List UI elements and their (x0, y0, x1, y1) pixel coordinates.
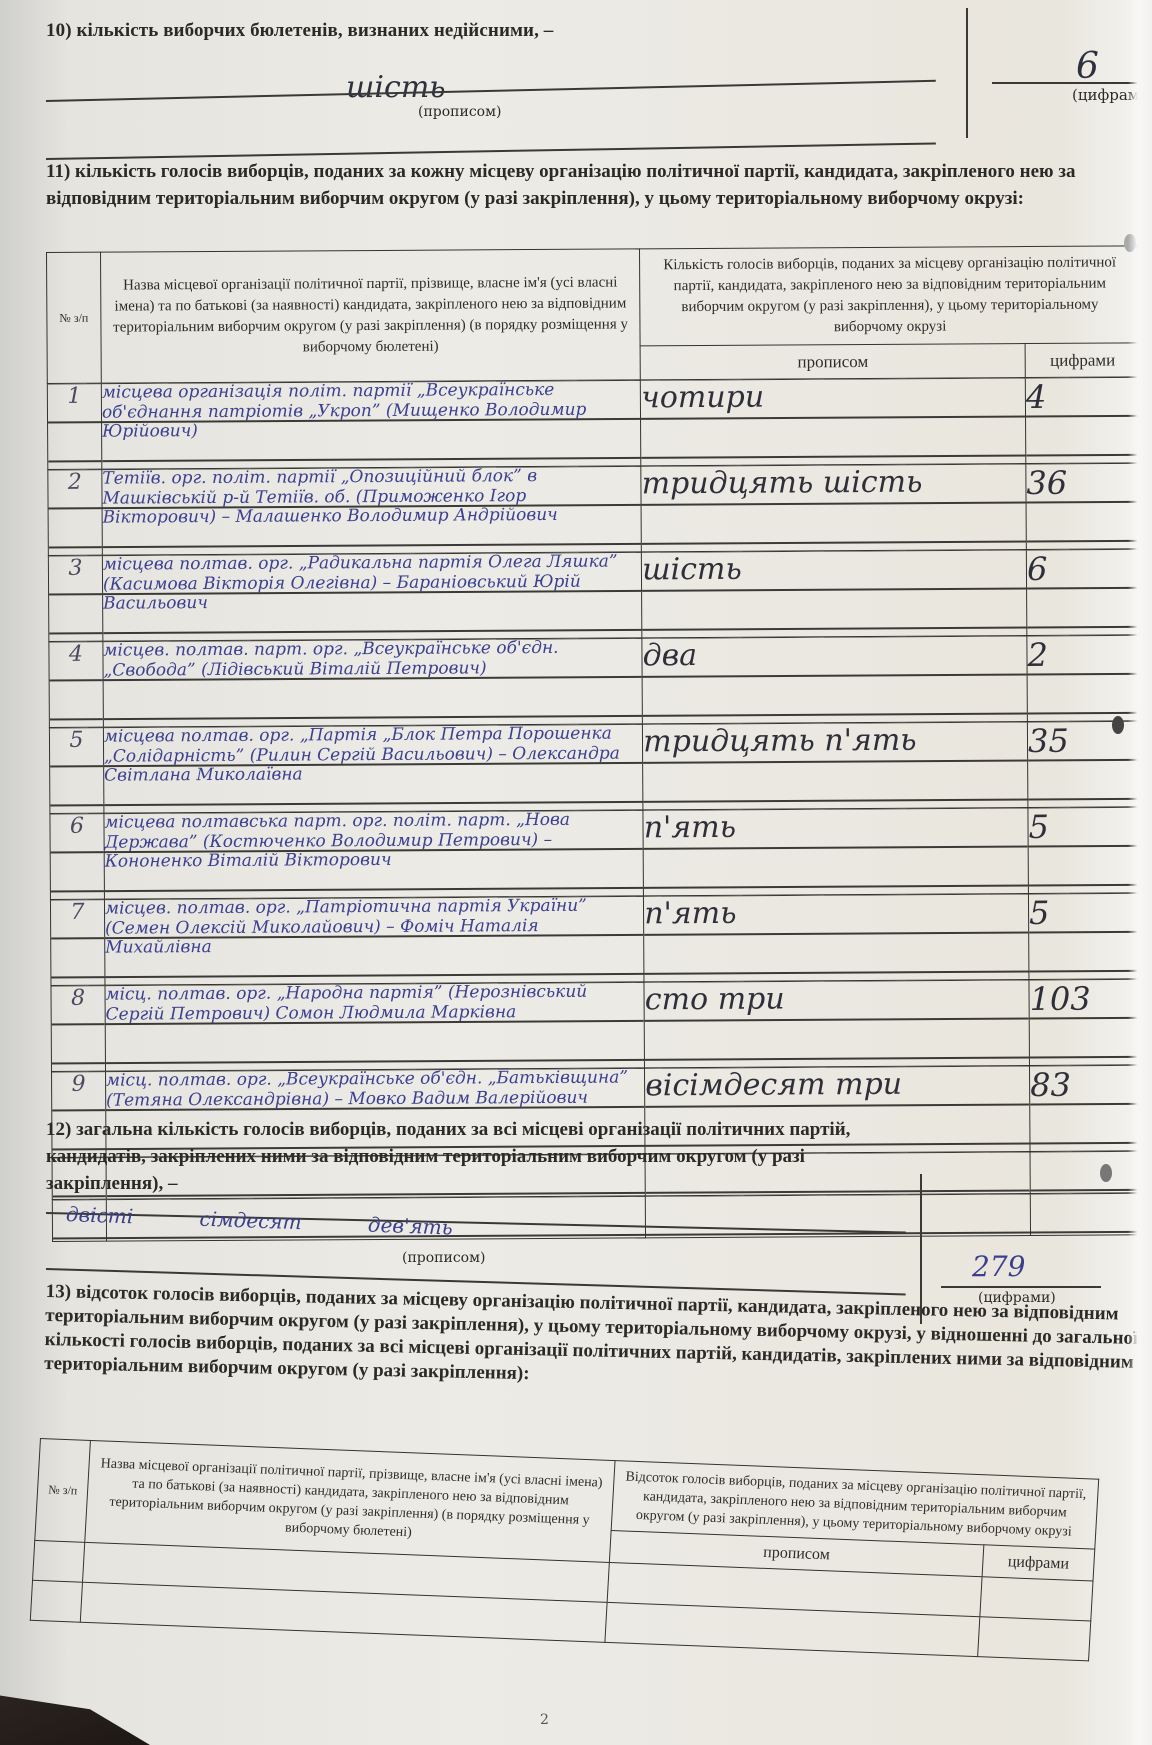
words-underline (46, 80, 936, 102)
row-number: 4 (49, 641, 103, 727)
section-12-total-votes: 12) загальна кількість голосів виборців,… (46, 1116, 1152, 1306)
hand-shadow (0, 1690, 150, 1745)
row-number: 2 (48, 469, 102, 555)
section-12-value-words: двісті сімдесят дев'ять (66, 1202, 453, 1239)
row-party-candidate: місцев. полтав. парт. орг. „Всеукраїнськ… (103, 638, 643, 727)
row-votes-digits: 35 (1027, 721, 1142, 808)
header-name: Назва місцевої організації політичної па… (100, 249, 640, 383)
votes-table: № з/п Назва місцевої організації політич… (46, 245, 1146, 1242)
row-number: 3 (48, 555, 102, 641)
ink-dot (1112, 716, 1124, 734)
table-row: 4місцев. полтав. парт. орг. „Всеукраїнсь… (49, 635, 1143, 728)
page-hole-mark (1100, 1164, 1112, 1182)
section-10-value-words: шість (346, 70, 446, 105)
page-number: 2 (540, 1712, 549, 1728)
section-10-invalid-ballots: 10) кількість виборчих бюлетенів, визнан… (46, 18, 1146, 138)
row-party-candidate: місцева полтав. орг. „Партія „Блок Петра… (103, 724, 643, 813)
row-votes-words: тридцять шість (641, 464, 1026, 552)
section-10-title: 10) кількість виборчих бюлетенів, визнан… (46, 20, 553, 42)
page-edge (1128, 0, 1152, 1745)
row-votes-digits: 5 (1028, 807, 1143, 894)
row-number: 1 (47, 383, 101, 469)
row-votes-words: сто три (644, 980, 1029, 1068)
table-row: 7місцев. полтав. орг. „Патріотична парті… (50, 893, 1144, 986)
row-votes-digits: 6 (1026, 549, 1141, 636)
table-row: 1місцева організація політ. партії „Всеу… (47, 377, 1141, 470)
table-row: 6місцева полтавська парт. орг. політ. па… (50, 807, 1144, 900)
row-number: 6 (50, 813, 104, 899)
table-row: 2Тетіїв. орг. політ. партії „Опозиційний… (48, 463, 1142, 556)
row-votes-words: два (642, 636, 1027, 724)
section-12-value-digits: 279 (972, 1250, 1025, 1283)
row-number: 5 (49, 727, 103, 813)
row-votes-words: тридцять п'ять (643, 722, 1028, 810)
caption-words: (прописом) (402, 1250, 485, 1266)
header-votes-group: Кількість голосів виборців, поданих за м… (640, 246, 1140, 346)
section-10-value-digits: 6 (1076, 46, 1099, 87)
section-11-title: 11) кількість голосів виборців, поданих … (46, 158, 1152, 212)
percent-table: № з/п Назва місцевої організації політич… (30, 1438, 1099, 1661)
row-votes-words: шість (642, 550, 1027, 638)
row-number: 8 (51, 985, 105, 1071)
caption-words: (прописом) (418, 104, 501, 120)
row-party-candidate: місцева полтав. орг. „Радикальна партія … (102, 552, 642, 641)
row-votes-digits: 36 (1026, 463, 1141, 550)
row-party-candidate: місцева полтавська парт. орг. політ. пар… (104, 810, 644, 899)
votes-table-body: 1місцева організація політ. партії „Всеу… (47, 377, 1145, 1242)
row-votes-digits: 4 (1025, 377, 1140, 464)
protocol-page: 10) кількість виборчих бюлетенів, визнан… (0, 0, 1152, 1745)
header-num: № з/п (35, 1439, 91, 1543)
table-row: 3місцева полтав. орг. „Радикальна партія… (48, 549, 1142, 642)
row-votes-words: чотири (641, 378, 1026, 466)
row-party-candidate: місцев. полтав. орг. „Патріотична партія… (104, 896, 644, 985)
header-words: прописом (640, 344, 1025, 380)
header-name: Назва місцевої організації політичної па… (85, 1440, 615, 1562)
section-12-title: 12) загальна кількість голосів виборців,… (46, 1116, 926, 1197)
row-party-candidate: місц. полтав. орг. „Народна партія” (Нер… (105, 982, 645, 1071)
row-party-candidate: місцева організація політ. партії „Всеук… (101, 380, 641, 469)
row-party-candidate: Тетіїв. орг. політ. партії „Опозиційний … (102, 466, 642, 555)
row-votes-digits: 5 (1028, 893, 1143, 980)
digits-underline (941, 1286, 1101, 1288)
row-number: 7 (50, 899, 104, 985)
header-digits: цифрами (982, 1545, 1095, 1581)
row-votes-words: п'ять (644, 894, 1029, 982)
row-votes-words: п'ять (643, 808, 1028, 896)
table-row: 8місц. полтав. орг. „Народна партія” (Не… (51, 979, 1145, 1072)
header-num: № з/п (47, 252, 102, 383)
table-row: 5місцева полтав. орг. „Партія „Блок Петр… (49, 721, 1143, 814)
header-digits: цифрами (1025, 343, 1140, 378)
divider (966, 8, 968, 138)
row-votes-digits: 2 (1027, 635, 1142, 722)
